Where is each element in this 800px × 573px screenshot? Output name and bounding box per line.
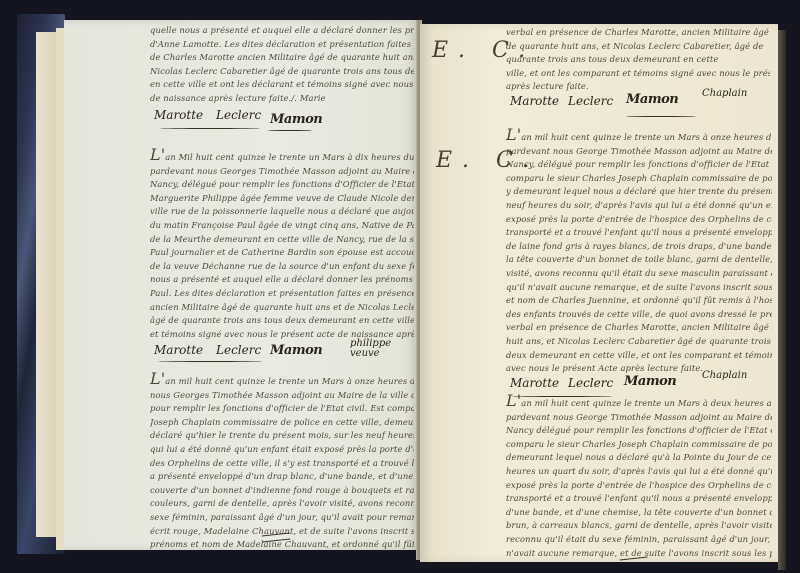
text-line: ville, et ont les comparant et témoins s… [506, 67, 770, 81]
text-line: de laine fond gris à rayes blancs, de tr… [506, 240, 772, 254]
text-line: verbal en présence de Charles Marotte, a… [506, 26, 770, 40]
text-line: de Charles Marotte ancien Militaire âgé … [150, 51, 414, 65]
text-line: des Orphelins de cette ville, il s'y est… [150, 457, 414, 471]
left-entry-3: L'an mil huit cent quinze le trente un M… [150, 372, 414, 550]
text-line: L'an mil huit cent quinze le trente un M… [506, 394, 772, 411]
signature: Leclerc [568, 376, 613, 390]
signature: Chaplain [702, 88, 747, 99]
text-line: deux demeurant en cette ville, et ont le… [506, 349, 772, 363]
signature: philippe veuve [350, 339, 390, 359]
text-line: nous a présenté et auquel elle a déclaré… [150, 273, 414, 287]
right-entry-3: L'an mil huit cent quinze le trente un M… [506, 394, 772, 560]
text-line: Nancy, délégué pour remplir les fonction… [150, 178, 414, 192]
text-line: heures un quart du soir, d'après l'avis … [506, 465, 772, 479]
text-line: pardevant nous George Timothée Masson ad… [506, 145, 772, 159]
left-page: quelle nous a présenté et auquel elle a … [64, 20, 418, 550]
signature: Marotte [510, 376, 559, 390]
signature: Leclerc [216, 108, 261, 122]
text-line: des enfants trouvés de cette ville, de q… [506, 308, 772, 322]
text-line: neuf heures du soir, d'après l'avis qui … [506, 199, 772, 213]
text-line: d'Anne Lamotte. Les dites déclaration et… [150, 38, 414, 52]
text-line: L'an Mil huit cent quinze le trente un M… [150, 148, 414, 165]
right-page: E. C. E. C. verbal en présence de Charle… [420, 24, 778, 562]
text-line: pour remplir les fonctions d'officier de… [150, 402, 414, 416]
signature: Mamon [624, 374, 676, 389]
text-line: brun, à carreaux blancs, garni de dentel… [506, 519, 772, 533]
text-line: de la Meurthe demeurant en cette ville d… [150, 233, 414, 247]
signature: Leclerc [216, 343, 261, 357]
signature-row: Marotte Leclerc Mamon [150, 106, 414, 132]
text-line: Nancy, délégué pour remplir les fonction… [506, 158, 772, 172]
text-line: quarante trois ans tous deux demeurant e… [506, 53, 770, 67]
book-edge-right [778, 30, 786, 570]
text-line: de quarante huit ans, et Nicolas Leclerc… [506, 40, 770, 54]
signature-flourish [160, 128, 260, 129]
text-line: transporté et a trouvé l'enfant qu'il no… [506, 226, 772, 240]
text-line: Joseph Chaplain commissaire de police en… [150, 416, 414, 430]
text-line: en cette ville et ont les déclarant et t… [150, 78, 414, 92]
text-line: de naissance après lecture faite./. Mari… [150, 92, 414, 106]
signature: Marotte [510, 94, 559, 108]
right-entry-1-tail: verbal en présence de Charles Marotte, a… [506, 26, 770, 120]
text-line: transporté et a trouvé l'enfant qu'il no… [506, 492, 772, 506]
text-line: exposé près la porte d'entrée de l'hospi… [506, 213, 772, 227]
signature: Mamon [270, 343, 322, 358]
left-entry-2: L'an Mil huit cent quinze le trente un M… [150, 148, 414, 367]
signature-flourish [626, 116, 696, 117]
signature: Mamon [270, 112, 322, 127]
text-line: L'an mil huit cent quinze le trente un M… [150, 372, 414, 389]
text-line: et nom de Charles Juennine, et ordonné q… [506, 294, 772, 308]
text-line: qui lui a été donné qu'un enfant était e… [150, 443, 414, 457]
text-line: reconnu qu'il était du sexe féminin, par… [506, 533, 772, 547]
text-line: nous Georges Timothée Masson adjoint au … [150, 389, 414, 403]
signature-row: Marotte Leclerc Mamon philippe veuve [150, 341, 414, 367]
text-line: de la veuve Déchanne rue de la source d'… [150, 260, 414, 274]
text-line: couleurs, garni de dentelle, après l'avo… [150, 497, 414, 511]
text-line: a présenté enveloppé d'un drap blanc, d'… [150, 470, 414, 484]
text-line: quelle nous a présenté et auquel elle a … [150, 24, 414, 38]
left-entry-1-tail: quelle nous a présenté et auquel elle a … [150, 24, 414, 132]
right-entry-2: L'an mil huit cent quinze le trente un M… [506, 128, 772, 402]
text-line: Paul journalier et de Catherine Bardin s… [150, 246, 414, 260]
text-line: Nancy délégué pour remplir les fonctions… [506, 424, 772, 438]
text-line: y demeurant lequel nous a déclaré que hi… [506, 185, 772, 199]
signature: Mamon [626, 92, 678, 107]
signature: Chaplain [702, 370, 747, 381]
text-line: comparu le sieur Charles Joseph Chaplain… [506, 438, 772, 452]
signature-row: Marotte Leclerc Mamon Chaplain [506, 94, 770, 120]
text-line: visité, avons reconnu qu'il était du sex… [506, 267, 772, 281]
text-line: Paul. Les dites déclaration et présentat… [150, 287, 414, 301]
text-line: couverte d'un bonnet d'indienne fond rou… [150, 484, 414, 498]
signature-flourish [268, 130, 312, 131]
text-line: Marguerite Philippe âgée femme veuve de … [150, 192, 414, 206]
text-line: ville rue de la poissonnerie laquelle no… [150, 205, 414, 219]
signature: Marotte [154, 108, 203, 122]
signature: Marotte [154, 343, 203, 357]
text-line: exposé près la porte d'entrée de l'hospi… [506, 479, 772, 493]
text-line: L'an mil huit cent quinze le trente un M… [506, 128, 772, 145]
text-line: comparu le sieur Charles Joseph Chaplain… [506, 172, 772, 186]
text-line: déclaré qu'hier le trente du présent moi… [150, 429, 414, 443]
text-line: du matin Françoise Paul âgée de vingt ci… [150, 219, 414, 233]
text-line: d'une bande, et d'une chemise, la tête c… [506, 506, 772, 520]
text-line: demeurant lequel nous a déclaré qu'à la … [506, 451, 772, 465]
signature-flourish [158, 361, 262, 362]
text-line: verbal en présence de Charles Marotte, a… [506, 321, 772, 335]
text-line: ancien Militaire âgé de quarante huit an… [150, 301, 414, 315]
text-line: pardevant nous Georges Timothée Masson a… [150, 165, 414, 179]
text-line: qu'il n'avait aucune remarque, et de sui… [506, 281, 772, 295]
text-line: sexe féminin, paraissant âgé d'un jour, … [150, 511, 414, 525]
text-line: âgé de quarante trois ans tous deux deme… [150, 314, 414, 328]
text-line: Nicolas Leclerc Cabaretier âgé de quaran… [150, 65, 414, 79]
text-line: huit ans, et Nicolas Leclerc Cabaretier … [506, 335, 772, 349]
text-line: la tête couverte d'un bonnet de toile bl… [506, 253, 772, 267]
text-line: pardevant nous George Timothée Masson ad… [506, 411, 772, 425]
signature: Leclerc [568, 94, 613, 108]
